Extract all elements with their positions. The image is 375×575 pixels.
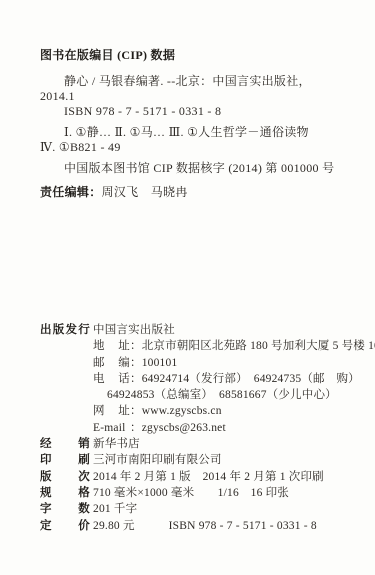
phone-line: 电话：64924714（发行部） 64924735（邮 购） xyxy=(93,371,369,387)
format-row: 规格 710 毫米×1000 毫米 1/16 16 印张 xyxy=(40,485,369,501)
email-line: E-mail：zgyscbs@263.net xyxy=(93,420,369,436)
wordcount-row: 字数 201 千字 xyxy=(40,501,369,517)
cip-isbn-line: ISBN 978 - 7 - 5171 - 0331 - 8 xyxy=(40,104,361,119)
website-line: 网址：www.zgyscbs.cn xyxy=(93,403,369,419)
postcode-value: 100101 xyxy=(142,355,178,371)
price-isbn: ISBN 978 - 7 - 5171 - 0331 - 8 xyxy=(169,518,317,534)
postcode-separator: ： xyxy=(130,355,142,371)
edition-row: 版次 2014 年 2 月第 1 版 2014 年 2 月第 1 次印刷 xyxy=(40,469,369,485)
email-value: zgyscbs@263.net xyxy=(142,420,226,436)
cip-title-line: 静心 / 马银春编著. --北京：中国言实出版社， xyxy=(40,74,361,89)
phone-line-continuation: 64924853（总编室） 68581667（少儿中心） xyxy=(93,387,369,403)
cip-record-line: 中国版本图书馆 CIP 数据核字 (2014) 第 001000 号 xyxy=(40,161,361,176)
publisher-row: 出版发行 中国言实出版社 xyxy=(40,322,369,338)
copyright-page: 图书在版编目 (CIP) 数据 静心 / 马银春编著. --北京：中国言实出版社… xyxy=(0,0,375,575)
distribution-row: 经销 新华书店 xyxy=(40,436,369,452)
editor-names: 周汉飞 马晓冉 xyxy=(102,185,188,199)
phone2-value: 64924853（总编室） 68581667（少儿中心） xyxy=(107,387,337,403)
postcode-line: 邮编：100101 xyxy=(93,355,369,371)
wordcount-value: 201 千字 xyxy=(93,501,137,517)
address-label: 地址 xyxy=(93,338,130,354)
cip-block: 图书在版编目 (CIP) 数据 静心 / 马银春编著. --北京：中国言实出版社… xyxy=(40,48,361,200)
contact-lines: 地址：北京市朝阳区北苑路 180 号加利大厦 5 号楼 105 室 邮编：100… xyxy=(93,338,369,436)
editor-label: 责任编辑： xyxy=(40,185,102,199)
address-value: 北京市朝阳区北苑路 180 号加利大厦 5 号楼 105 室 xyxy=(142,338,375,354)
publisher-name: 中国言实出版社 xyxy=(93,322,175,338)
phone-value: 64924714（发行部） 64924735（邮 购） xyxy=(142,371,360,387)
cip-classification-line1: Ⅰ. ①静… Ⅱ. ①马… Ⅲ. ①人生哲学－通俗读物 xyxy=(40,125,361,140)
website-separator: ： xyxy=(130,403,142,419)
printer-row: 印刷 三河市南阳印刷有限公司 xyxy=(40,452,369,468)
phone-label: 电话 xyxy=(93,371,130,387)
format-label: 规格 xyxy=(40,485,90,501)
printer-label: 印刷 xyxy=(40,452,90,468)
price-row: 定价 29.80 元 ISBN 978 - 7 - 5171 - 0331 - … xyxy=(40,518,369,534)
cip-header: 图书在版编目 (CIP) 数据 xyxy=(40,48,361,63)
cip-year-line: 2014.1 xyxy=(40,89,361,104)
price-label: 定价 xyxy=(40,518,90,534)
website-value: www.zgyscbs.cn xyxy=(142,403,222,419)
wordcount-label: 字数 xyxy=(40,501,90,517)
edition-label: 版次 xyxy=(40,469,90,485)
address-separator: ： xyxy=(130,338,142,354)
colophon-block: 出版发行 中国言实出版社 地址：北京市朝阳区北苑路 180 号加利大厦 5 号楼… xyxy=(40,322,369,534)
editor-line: 责任编辑：周汉飞 马晓冉 xyxy=(40,185,361,200)
distribution-value: 新华书店 xyxy=(93,436,140,452)
email-label: E-mail xyxy=(93,420,130,436)
edition-value: 2014 年 2 月第 1 版 2014 年 2 月第 1 次印刷 xyxy=(93,469,324,485)
postcode-label: 邮编 xyxy=(93,355,130,371)
printer-value: 三河市南阳印刷有限公司 xyxy=(93,452,222,468)
address-line: 地址：北京市朝阳区北苑路 180 号加利大厦 5 号楼 105 室 xyxy=(93,338,369,354)
website-label: 网址 xyxy=(93,403,130,419)
cip-classification-line2: Ⅳ. ①B821 - 49 xyxy=(40,140,361,155)
format-value: 710 毫米×1000 毫米 1/16 16 印张 xyxy=(93,485,289,501)
phone-separator: ： xyxy=(130,371,142,387)
publisher-label: 出版发行 xyxy=(40,322,90,338)
distribution-label: 经销 xyxy=(40,436,90,452)
email-separator: ： xyxy=(130,420,142,436)
price-value: 29.80 元 xyxy=(93,518,135,534)
